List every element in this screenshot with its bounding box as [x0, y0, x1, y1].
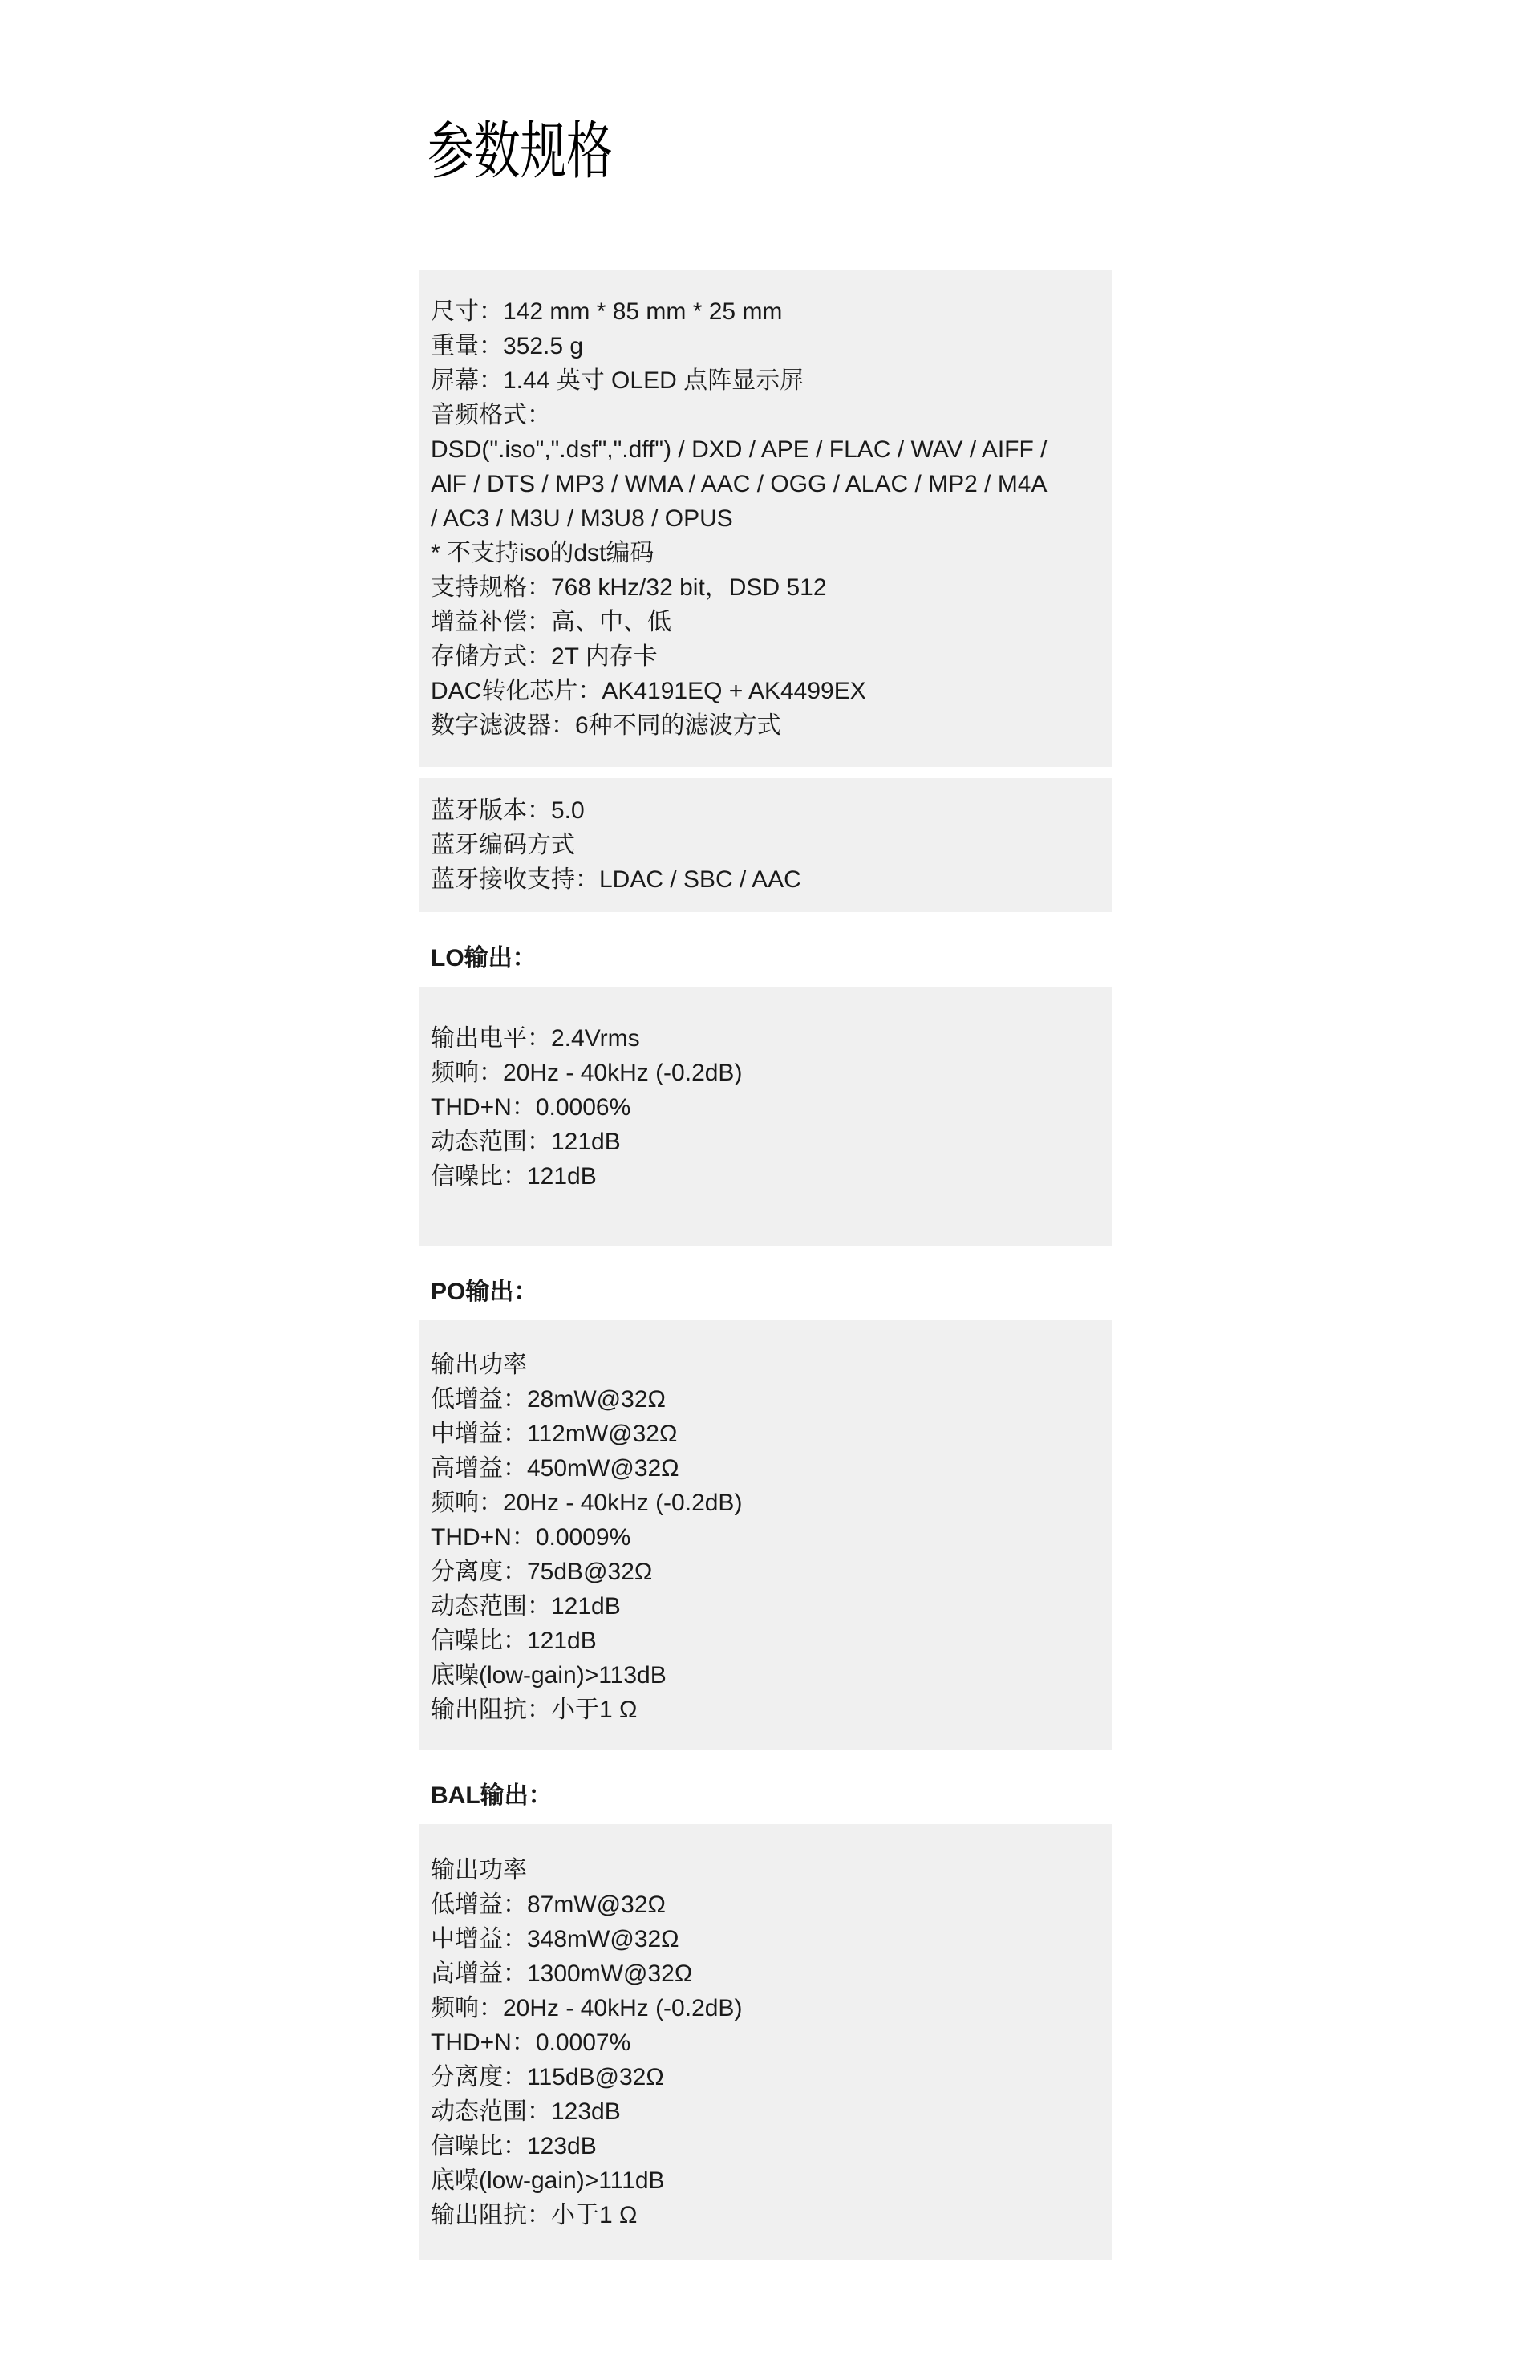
lo-output-panel: 输出电平：2.4Vrms频响：20Hz - 40kHz (-0.2dB)THD+… — [419, 987, 1112, 1246]
spec-line: 蓝牙接收支持：LDAC / SBC / AAC — [431, 862, 1096, 897]
spec-line: 蓝牙编码方式 — [431, 828, 1096, 862]
spec-line: 底噪(low-gain)>111dB — [431, 2163, 1096, 2198]
spec-line: THD+N：0.0009% — [431, 1520, 1096, 1555]
spec-line: 低增益：28mW@32Ω — [431, 1382, 1096, 1417]
spec-line: 低增益：87mW@32Ω — [431, 1887, 1096, 1922]
spec-line: 输出功率 — [431, 1348, 1096, 1382]
spec-line: 信噪比：123dB — [431, 2129, 1096, 2163]
bal-output-label: BAL输出： — [431, 1778, 1112, 1813]
bal-output-panel: 输出功率低增益：87mW@32Ω中增益：348mW@32Ω高增益：1300mW@… — [419, 1824, 1112, 2260]
page-title: 参数规格 — [428, 117, 934, 184]
spec-line: / AC3 / M3U / M3U8 / OPUS — [431, 501, 1096, 536]
spec-line: 增益补偿：高、中、低 — [431, 605, 1096, 639]
spec-line: AlF / DTS / MP3 / WMA / AAC / OGG / ALAC… — [431, 467, 1096, 501]
spec-line: 频响：20Hz - 40kHz (-0.2dB) — [431, 1486, 1096, 1520]
spec-line: 音频格式： — [431, 398, 1096, 432]
spec-line: 尺寸：142 mm * 85 mm * 25 mm — [431, 294, 1096, 329]
spec-line: 蓝牙版本：5.0 — [431, 793, 1096, 828]
spec-line: 中增益：112mW@32Ω — [431, 1417, 1096, 1451]
spec-line: 输出功率 — [431, 1853, 1096, 1887]
spec-line: 输出阻抗：小于1 Ω — [431, 2198, 1096, 2232]
spec-line: 动态范围：121dB — [431, 1125, 1096, 1159]
general-specs-panel: 尺寸：142 mm * 85 mm * 25 mm重量：352.5 g屏幕：1.… — [419, 270, 1112, 767]
lo-output-label: LO输出： — [431, 941, 1112, 975]
spec-line: 高增益：1300mW@32Ω — [431, 1956, 1096, 1991]
spec-line: * 不支持iso的dst编码 — [431, 536, 1096, 570]
spec-page-content: 参数规格 尺寸：142 mm * 85 mm * 25 mm重量：352.5 g… — [419, 0, 1112, 2260]
spec-line: 屏幕：1.44 英寸 OLED 点阵显示屏 — [431, 363, 1096, 398]
spec-line: DSD(".iso",".dsf",".dff") / DXD / APE / … — [431, 432, 1096, 467]
spec-line: 存储方式：2T 内存卡 — [431, 639, 1096, 674]
spec-line: 底噪(low-gain)>113dB — [431, 1658, 1096, 1693]
spec-line: 频响：20Hz - 40kHz (-0.2dB) — [431, 1991, 1096, 2025]
spec-line: THD+N：0.0006% — [431, 1090, 1096, 1125]
spec-line: 输出阻抗：小于1 Ω — [431, 1693, 1096, 1727]
spec-line: 动态范围：123dB — [431, 2094, 1096, 2129]
spec-line: 输出电平：2.4Vrms — [431, 1021, 1096, 1056]
bluetooth-specs-panel: 蓝牙版本：5.0蓝牙编码方式蓝牙接收支持：LDAC / SBC / AAC — [419, 778, 1112, 912]
spec-line: 动态范围：121dB — [431, 1589, 1096, 1624]
spec-line: 高增益：450mW@32Ω — [431, 1451, 1096, 1486]
spec-line: DAC转化芯片：AK4191EQ + AK4499EX — [431, 674, 1096, 708]
po-output-label: PO输出： — [431, 1275, 1112, 1309]
spec-line: THD+N：0.0007% — [431, 2025, 1096, 2060]
spec-line: 分离度：75dB@32Ω — [431, 1555, 1096, 1589]
spec-line: 重量：352.5 g — [431, 329, 1096, 363]
spec-line: 信噪比：121dB — [431, 1624, 1096, 1658]
po-output-panel: 输出功率低增益：28mW@32Ω中增益：112mW@32Ω高增益：450mW@3… — [419, 1320, 1112, 1750]
spec-line: 数字滤波器：6种不同的滤波方式 — [431, 708, 1096, 743]
spec-line: 分离度：115dB@32Ω — [431, 2060, 1096, 2094]
spec-line: 支持规格：768 kHz/32 bit，DSD 512 — [431, 570, 1096, 605]
spec-line: 中增益：348mW@32Ω — [431, 1922, 1096, 1956]
spec-line: 频响：20Hz - 40kHz (-0.2dB) — [431, 1056, 1096, 1090]
spec-line: 信噪比：121dB — [431, 1159, 1096, 1194]
